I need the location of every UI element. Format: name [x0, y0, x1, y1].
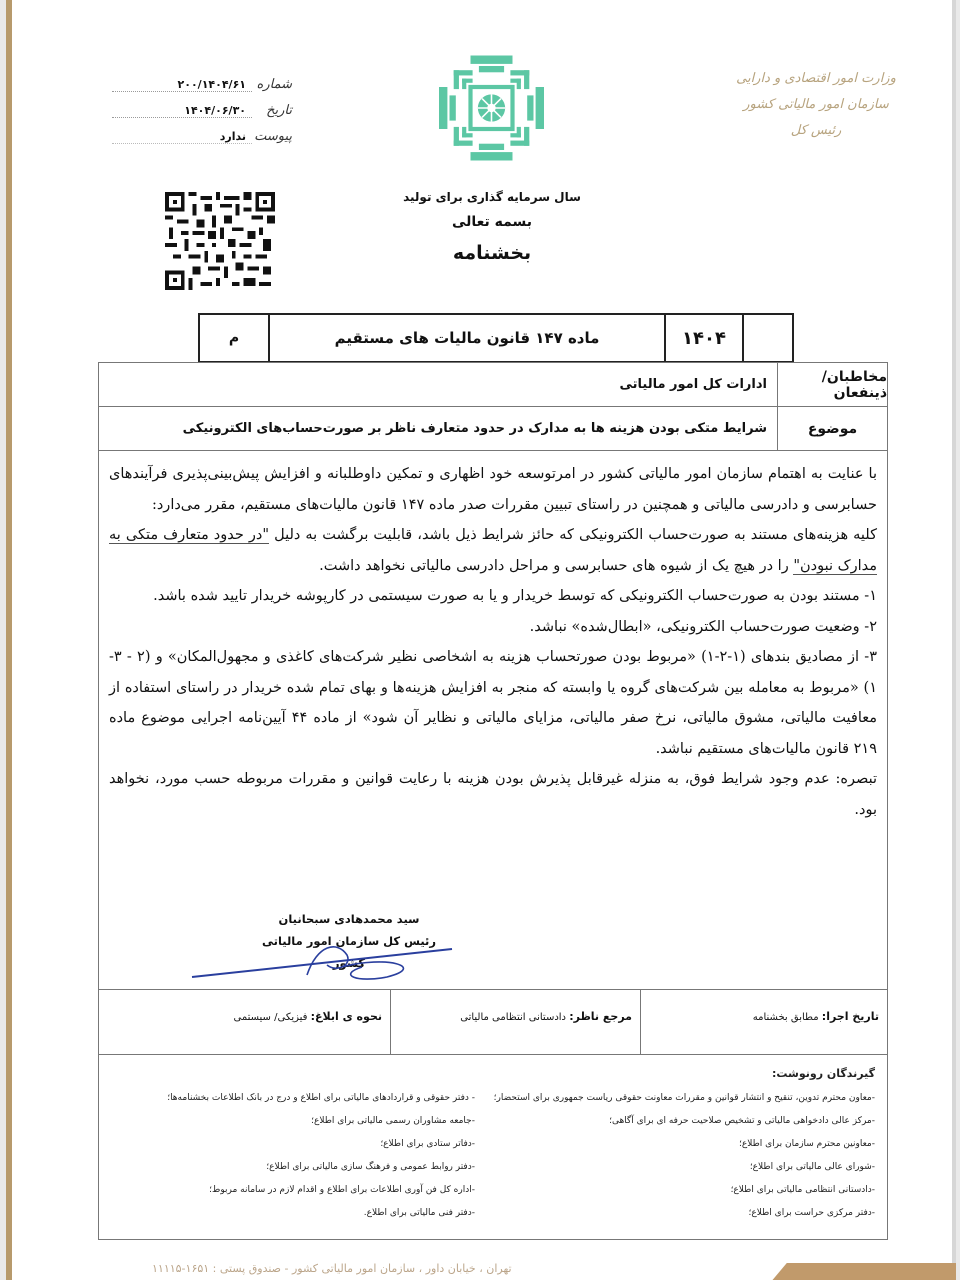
cc-item: -دادستانی انتظامی مالیاتی برای اطلاع؛: [494, 1179, 875, 1202]
cc-item: -دفتر مرکزی حراست برای اطلاع؛: [494, 1202, 875, 1225]
ministry-line-2: سازمان امور مالیاتی کشور: [706, 92, 926, 118]
subject-row: موضوع شرایط متکی بودن هزینه ها به مدارک …: [99, 407, 887, 451]
attachment-row: پیوست ندارد: [112, 118, 292, 144]
year-slogan: سال سرمایه گذاری برای تولید: [342, 190, 642, 204]
cc-item: - دفتر حقوقی و قراردادهای مالیاتی برای ا…: [167, 1087, 475, 1110]
handwritten-signature-icon: [187, 935, 457, 985]
cc-title: گیرندگان رونوشت:: [772, 1067, 875, 1080]
date-label: تاریخ: [252, 103, 292, 118]
cc-item: -مرکز عالی دادخواهی مالیاتی و تشخیص صلاح…: [494, 1110, 875, 1133]
condition-item-1: ۱- مستند بودن به صورت‌حساب الکترونیکی که…: [109, 581, 877, 612]
cc-item: -معاونین محترم سازمان برای اطلاع؛: [494, 1133, 875, 1156]
qr-code-icon: [164, 192, 276, 290]
number-label: شماره: [252, 77, 292, 92]
ministry-line-1: وزارت امور اقتصادی و دارایی: [706, 66, 926, 92]
number-value: ۲۰۰/۱۴۰۴/۶۱: [112, 78, 252, 92]
execution-date-label: تاریخ اجرا:: [822, 1010, 879, 1023]
attachment-value: ندارد: [112, 130, 252, 144]
cc-item: -دفتر فنی مالیاتی برای اطلاع.: [167, 1202, 475, 1225]
audience-value: ادارات کل امور مالیاتی: [99, 363, 777, 406]
subject-label: موضوع: [777, 407, 887, 450]
document-reference-block: شماره ۲۰۰/۱۴۰۴/۶۱ تاریخ ۱۴۰۴/۰۶/۳۰ پیوست…: [112, 66, 292, 144]
date-row: تاریخ ۱۴۰۴/۰۶/۳۰: [112, 92, 292, 118]
main-rule-text-a: کلیه هزینه‌های مستند به صورت‌حساب الکترو…: [269, 527, 877, 543]
cc-item: -جامعه مشاوران رسمی مالیاتی برای اطلاع؛: [167, 1110, 475, 1133]
execution-date-cell: تاریخ اجرا: مطابق بخشنامه: [640, 990, 887, 1054]
attachment-label: پیوست: [252, 129, 292, 144]
reference-authority-label: مرجع ناظر:: [569, 1010, 632, 1023]
cc-column-right: -معاون محترم تدوین، تنقیح و انتشار قوانی…: [494, 1087, 875, 1225]
intro-paragraph: با عنایت به اهتمام سازمان امور مالیاتی ک…: [109, 459, 877, 520]
cc-item: -دفاتر ستادی برای اطلاع؛: [167, 1133, 475, 1156]
execution-date-value: مطابق بخشنامه: [753, 1012, 819, 1023]
cc-item: -اداره کل فن آوری اطلاعات برای اطلاع و ا…: [167, 1179, 475, 1202]
cc-item: -دفتر روابط عمومی و فرهنگ سازی مالیاتی ب…: [167, 1156, 475, 1179]
footer-address: تهران ، خیابان داور ، سازمان امور مالیات…: [152, 1262, 512, 1275]
note-paragraph: تبصره: عدم وجود شرایط فوق، به منزله غیرق…: [109, 764, 877, 825]
cc-item: -معاون محترم تدوین، تنقیح و انتشار قوانی…: [494, 1087, 875, 1110]
ministry-letterhead: وزارت امور اقتصادی و دارایی سازمان امور …: [706, 66, 926, 144]
title-box-year: ۱۴۰۴: [664, 315, 742, 361]
execution-info-row: تاریخ اجرا: مطابق بخشنامه مرجع ناظر: داد…: [99, 989, 887, 1055]
circular-title-box: ۱۴۰۴ ماده ۱۴۷ قانون مالیات های مستقیم م: [198, 313, 794, 363]
right-edge-shadow: [952, 0, 956, 1280]
footer-decorative-band: [770, 1263, 956, 1280]
title-box-main: ماده ۱۴۷ قانون مالیات های مستقیم: [268, 315, 664, 361]
circular-document: شماره ۲۰۰/۱۴۰۴/۶۱ تاریخ ۱۴۰۴/۰۶/۳۰ پیوست…: [12, 0, 956, 1280]
cc-column-left: - دفتر حقوقی و قراردادهای مالیاتی برای ا…: [167, 1087, 475, 1225]
condition-item-3: ۳- از مصادیق بندهای (۱-۲-۱) «مربوط بودن …: [109, 642, 877, 764]
cc-item: -شورای عالی مالیاتی برای اطلاع؛: [494, 1156, 875, 1179]
bismillah: بسمه تعالی: [342, 214, 642, 230]
circular-body-frame: مخاطبان/ ذینفعان ادارات کل امور مالیاتی …: [98, 362, 888, 1240]
signer-name: سید محمدهادی سبحانیان: [249, 908, 449, 930]
subject-value: شرایط متکی بودن هزینه ها به مدارک در حدو…: [99, 407, 777, 450]
reference-authority-value: دادستانی انتظامی مالیاتی: [460, 1012, 566, 1023]
ministry-line-3: رئیس کل: [706, 118, 926, 144]
notification-method-label: نحوه ی ابلاغ:: [311, 1010, 382, 1023]
notification-method-cell: نحوه ی ابلاغ: فیزیکی/ سیستمی: [99, 990, 390, 1054]
main-rule-text-b: را در هیچ یک از شیوه های حسابرسی و مراحل…: [319, 558, 793, 574]
main-rule-paragraph: کلیه هزینه‌های مستند به صورت‌حساب الکترو…: [109, 520, 877, 581]
body-text: با عنایت به اهتمام سازمان امور مالیاتی ک…: [99, 451, 887, 989]
reference-authority-cell: مرجع ناظر: دادستانی انتظامی مالیاتی: [390, 990, 640, 1054]
document-type-title: بخشنامه: [342, 242, 642, 264]
condition-item-2: ۲- وضعیت صورت‌حساب الکترونیکی، «ابطال‌شد…: [109, 612, 877, 643]
number-row: شماره ۲۰۰/۱۴۰۴/۶۱: [112, 66, 292, 92]
document-heading: سال سرمایه گذاری برای تولید بسمه تعالی ب…: [342, 190, 642, 264]
tax-organization-logo-icon: [439, 54, 544, 162]
audience-label: مخاطبان/ ذینفعان: [777, 363, 887, 406]
date-value: ۱۴۰۴/۰۶/۳۰: [112, 104, 252, 118]
audience-row: مخاطبان/ ذینفعان ادارات کل امور مالیاتی: [99, 363, 887, 407]
notification-method-value: فیزیکی/ سیستمی: [233, 1012, 307, 1023]
title-box-extra-cell: [742, 315, 792, 361]
title-box-code: م: [200, 315, 268, 361]
